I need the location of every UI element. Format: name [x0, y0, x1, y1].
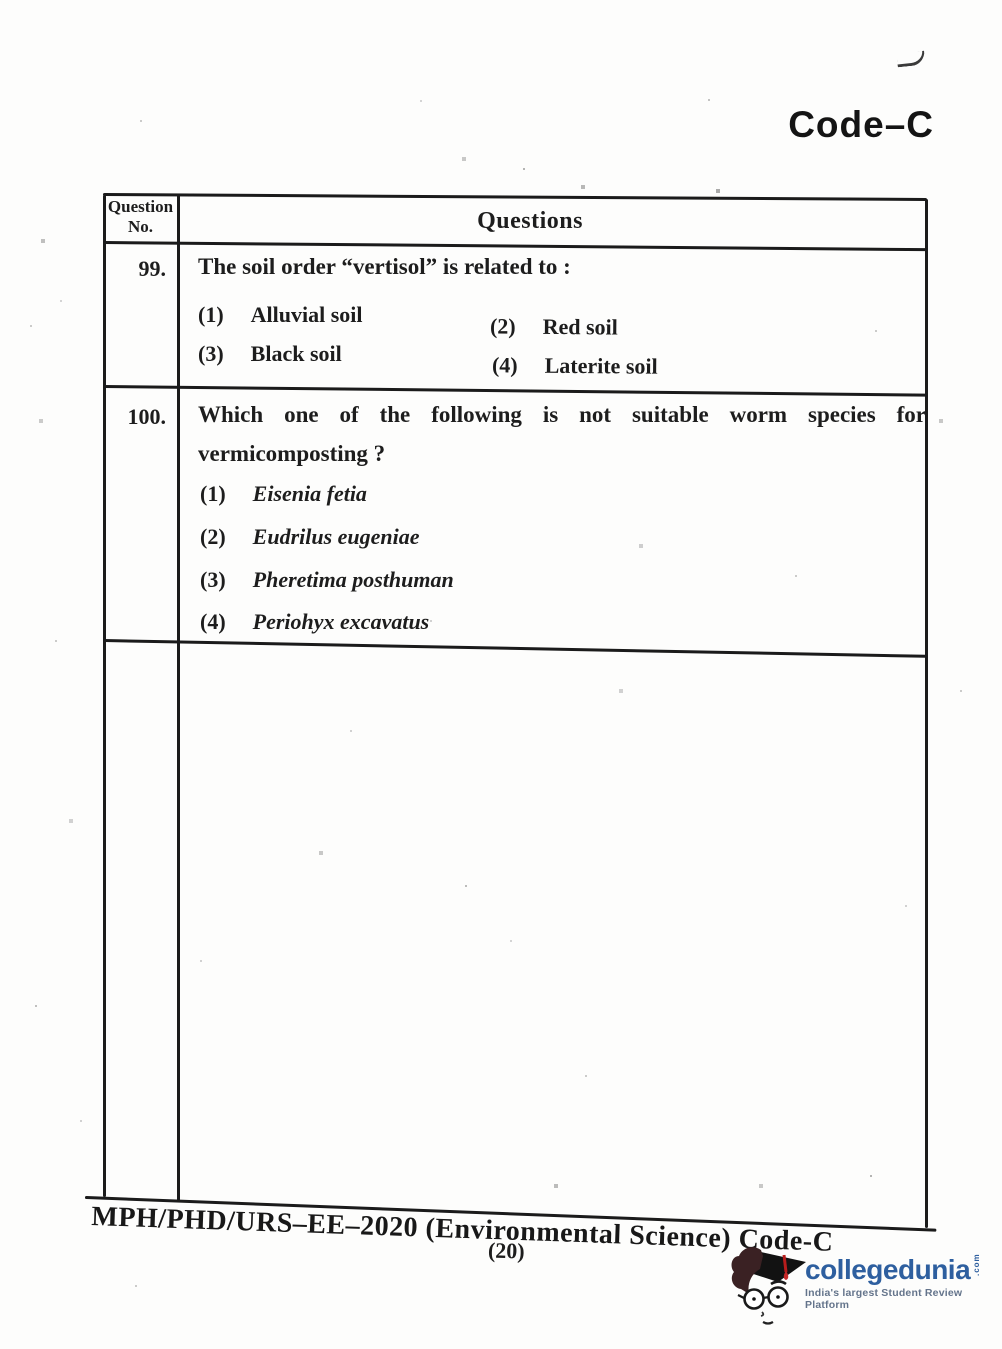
question-100-text-line2: vermicomposting ? [198, 441, 385, 467]
table-border-top [103, 193, 927, 201]
question-99-option-4: (4)Laterite soil [492, 352, 658, 379]
scan-artifact-mark [896, 51, 925, 68]
table-divider-column [177, 195, 180, 1201]
mascot-icon [727, 1242, 809, 1334]
option-label: Laterite soil [545, 353, 658, 379]
brand-tagline: India's largest Student Review Platform [805, 1287, 992, 1311]
question-100-option-1: (1)Eisenia fetia [200, 481, 367, 507]
questions-header: Questions [180, 208, 880, 235]
option-label: Black soil [251, 341, 342, 366]
page-number: (20) [488, 1238, 525, 1265]
option-number: (4) [492, 352, 518, 378]
code-label: Code–C [788, 104, 934, 146]
option-number: (2) [490, 313, 516, 339]
option-label: Red soil [543, 314, 618, 340]
table-border-q100-bottom [103, 639, 927, 658]
option-label: Eisenia fetia [253, 481, 367, 506]
question-99-text: The soil order “vertisol” is related to … [198, 254, 571, 280]
question-99-number: 99. [104, 256, 166, 282]
question-100-option-2: (2)Eudrilus eugeniae [200, 524, 420, 550]
table-border-left [103, 195, 106, 1197]
scanned-exam-page: Code–C Question No. Questions 99. The so… [0, 0, 1002, 1349]
collegedunia-logo: collegedunia.com India's largest Student… [727, 1242, 992, 1342]
question-99-option-1: (1)Alluvial soil [198, 302, 363, 328]
option-label: Alluvial soil [251, 302, 363, 327]
question-99-option-3: (3)Black soil [198, 341, 342, 367]
option-number: (1) [200, 481, 226, 507]
option-label: Periohyx excavatus [253, 609, 430, 634]
table-border-header-bottom [103, 241, 927, 251]
question-100-option-3: (3)Pheretima posthuman [200, 567, 454, 593]
question-no-header: Question No. [104, 197, 177, 237]
scan-noise [0, 0, 2, 2]
question-100-option-4: (4)Periohyx excavatus [200, 609, 429, 635]
table-border-right [925, 199, 928, 1228]
question-no-header-line1: Question [104, 197, 177, 217]
question-99-option-2: (2)Red soil [490, 313, 618, 340]
option-number: (4) [200, 609, 226, 635]
option-label: Eudrilus eugeniae [253, 524, 420, 549]
option-number: (3) [200, 567, 226, 593]
question-100-text-line1: Which one of the following is not suitab… [198, 402, 926, 428]
brand-text-block: collegedunia.com India's largest Student… [805, 1254, 992, 1311]
option-number: (2) [200, 524, 226, 550]
brand-tld: .com [972, 1254, 981, 1276]
option-number: (3) [198, 341, 224, 367]
question-no-header-line2: No. [104, 217, 177, 237]
option-label: Pheretima posthuman [253, 567, 454, 592]
table-border-q99-bottom [103, 385, 927, 397]
question-100-number: 100. [104, 404, 166, 430]
option-number: (1) [198, 302, 224, 328]
brand-name: collegedunia [805, 1254, 970, 1285]
